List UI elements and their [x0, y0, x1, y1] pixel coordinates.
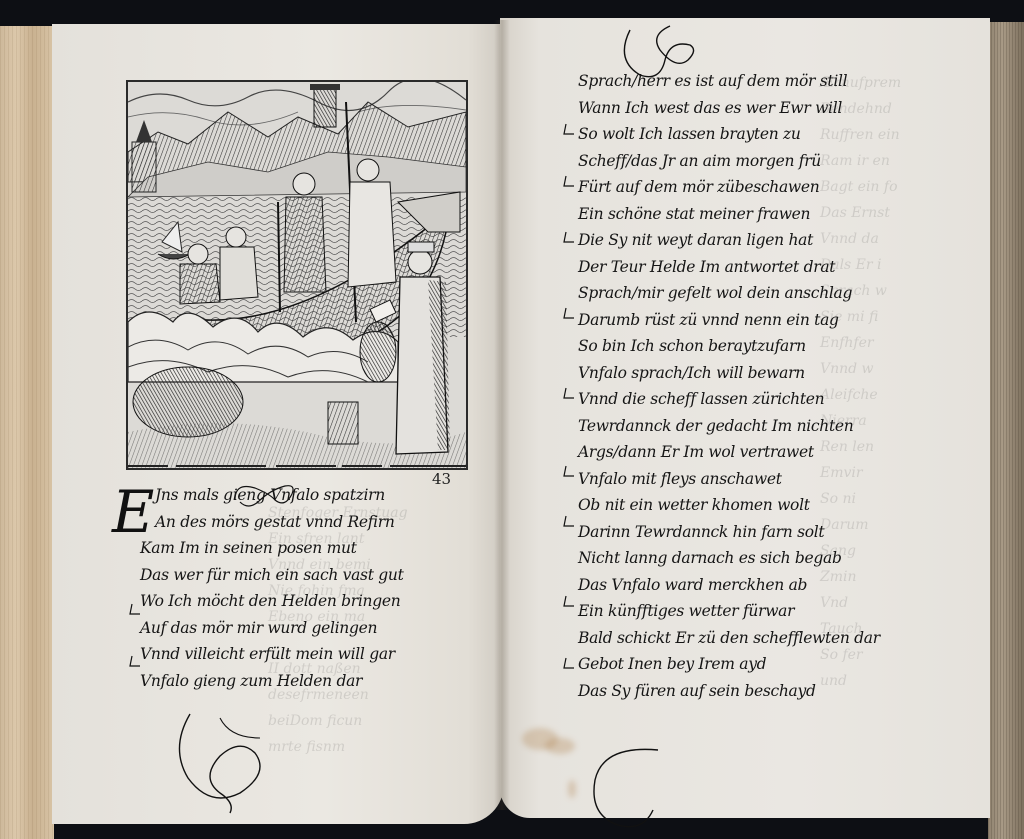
verse-line: Gebot Inen bey Irem ayd	[578, 651, 880, 678]
paragraph-marks	[562, 120, 576, 720]
verse-line: Vnnd die scheff lassen zürichten	[578, 386, 880, 413]
verse-line: Ob nit ein wetter khomen wolt	[578, 492, 880, 519]
boat-scene-icon	[128, 82, 466, 468]
open-book: ÆrnufpremBendehndRuffren einRam ir enBag…	[0, 0, 1024, 839]
flourish-ornament-icon	[160, 708, 280, 818]
flourish-ornament-icon	[583, 740, 663, 839]
verse-line: Nicht lanng darnach es sich begab	[578, 545, 880, 572]
verse-line: Darumb rüst zü vnnd nenn ein tag	[578, 307, 880, 334]
book-gutter	[494, 20, 510, 810]
verse-line: Wann Ich west das es wer Ewr will	[578, 95, 880, 122]
verse-line: Vnfalo mit fleys anschawet	[578, 466, 880, 493]
verse-line: Das Sy füren auf sein beschayd	[578, 678, 880, 705]
page-edges-right	[988, 22, 1024, 839]
verse-line: Das wer für mich ein sach vast gut	[140, 562, 404, 589]
verse-line: Tewrdannck der gedacht Im nichten	[578, 413, 880, 440]
verse-line: Vnfalo gieng zum Helden dar	[140, 668, 404, 695]
verse-line: Der Teur Helde Im antwortet drat	[578, 254, 880, 281]
verse-line: Ein schöne stat meiner frawen	[578, 201, 880, 228]
verse-line: Bald schickt Er zü den schefflewten dar	[578, 625, 880, 652]
verse-line: Die Sy nit weyt daran ligen hat	[578, 227, 880, 254]
verse-line: Kam Im in seinen posen mut	[140, 535, 404, 562]
verse-line: Ein künfftiges wetter fürwar	[578, 598, 880, 625]
verse-line: Jns mals gieng Vnfalo spatzirn	[140, 482, 404, 509]
woodcut-illustration	[126, 80, 468, 470]
page-edges-left	[0, 26, 54, 839]
verse-line: Sprach/herr es ist auf dem mör still	[578, 68, 880, 95]
verse-line: Sprach/mir gefelt wol dein anschlag	[578, 280, 880, 307]
left-page-verse: Jns mals gieng Vnfalo spatzirn An des mö…	[140, 482, 404, 694]
verse-line: So bin Ich schon beraytzufarn	[578, 333, 880, 360]
verse-line: Args/dann Er Im wol vertrawet	[578, 439, 880, 466]
verse-line: Das Vnfalo ward merckhen ab	[578, 572, 880, 599]
verse-line: So wolt Ich lassen brayten zu	[578, 121, 880, 148]
paragraph-marks	[128, 600, 142, 680]
page-number: 43	[432, 470, 451, 488]
verse-line: Scheff/das Jr an aim morgen frü	[578, 148, 880, 175]
foxing-stain	[545, 738, 575, 754]
verse-line: Fürt auf dem mör zübeschawen	[578, 174, 880, 201]
verse-line: Wo Ich möcht den Helden bringen	[140, 588, 404, 615]
verse-line: Vnnd villeicht erfült mein will gar	[140, 641, 404, 668]
verse-line: An des mörs gestat vnnd Refirn	[140, 509, 404, 536]
right-page-verse: Sprach/herr es ist auf dem mör still Wan…	[578, 68, 880, 704]
verse-line: Darinn Tewrdannck hin farn solt	[578, 519, 880, 546]
verse-line: Vnfalo sprach/Ich will bewarn	[578, 360, 880, 387]
foxing-stain	[568, 780, 576, 798]
verse-line: Auf das mör mir wurd gelingen	[140, 615, 404, 642]
